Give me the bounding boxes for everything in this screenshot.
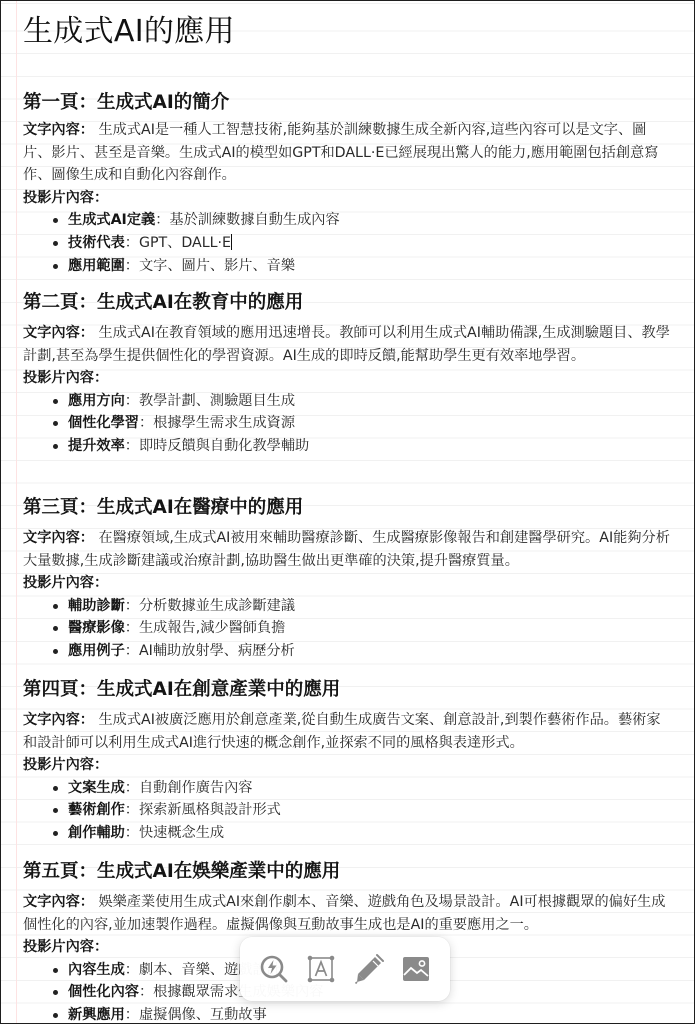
slide-bullet-list: 輔助診斷：分析數據並生成診斷建議 醫療影像：生成報告,減少醫師負擔 應用例子：A…	[23, 595, 670, 663]
bullet-label: 應用方向	[68, 393, 125, 409]
bullet-label: 藝術創作	[68, 802, 125, 818]
bullet-label: 個性化學習	[68, 415, 139, 431]
section-heading: 第三頁：生成式AI在醫療中的應用	[23, 495, 670, 521]
section-heading: 第五頁：生成式AI在娛樂產業中的應用	[23, 859, 670, 885]
list-item: 創作輔助：快速概念生成	[53, 822, 670, 845]
text-content: 文字內容： 生成式AI被廣泛應用於創意產業,從自動生成廣告文案、創意設計,到製作…	[23, 709, 670, 754]
lightning-search-icon	[258, 953, 290, 985]
bullet-label: 個性化內容	[68, 984, 139, 1000]
bullet-label: 應用例子	[68, 643, 125, 659]
bullet-label: 創作輔助	[68, 825, 125, 841]
slide-bullet-list: 生成式AI定義：基於訓練數據自動生成內容 技術代表：GPT、DALL·E 應用範…	[23, 209, 670, 277]
slide-content-label: 投影片內容：	[23, 572, 670, 595]
bullet-value: ：AI輔助放射學、病歷分析	[125, 643, 295, 659]
text-content: 文字內容： 娛樂產業使用生成式AI來創作劇本、音樂、遊戲角色及場景設計。AI可根…	[23, 891, 670, 936]
section-page-2: 第二頁：生成式AI在教育中的應用 文字內容： 生成式AI在教育領域的應用迅速增長…	[23, 290, 670, 458]
slide-bullet-list: 文案生成：自動創作廣告內容 藝術創作：探索新風格與設計形式 創作輔助：快速概念生…	[23, 777, 670, 845]
bullet-value: ：生成報告,減少醫師負擔	[125, 620, 286, 636]
slide-content-label: 投影片內容：	[23, 187, 670, 210]
floating-toolbar	[240, 937, 450, 1001]
pen-icon	[353, 953, 385, 985]
text-content-label: 文字內容：	[23, 530, 94, 546]
bullet-value: ：快速概念生成	[125, 825, 224, 841]
text-content-body: 娛樂產業使用生成式AI來創作劇本、音樂、遊戲角色及場景設計。AI可根據觀眾的偏好…	[23, 894, 665, 933]
bullet-value: ：分析數據並生成診斷建議	[125, 598, 295, 614]
bullet-label: 生成式AI定義	[68, 212, 155, 228]
list-item: 應用方向：教學計劃、測驗題目生成	[53, 390, 670, 413]
slide-bullet-list: 應用方向：教學計劃、測驗題目生成 個性化學習：根據學生需求生成資源 提升效率：即…	[23, 390, 670, 458]
text-cursor	[231, 234, 232, 250]
text-content-body: 生成式AI是一種人工智慧技術,能夠基於訓練數據生成全新內容,這些內容可以是文字、…	[23, 122, 658, 183]
slide-content-label: 投影片內容：	[23, 754, 670, 777]
bullet-label: 應用範圍	[68, 258, 125, 274]
list-item: 個性化學習：根據學生需求生成資源	[53, 412, 670, 435]
bullet-label: 醫療影像	[68, 620, 125, 636]
section-page-3: 第三頁：生成式AI在醫療中的應用 文字內容： 在醫療領域,生成式AI被用來輔助醫…	[23, 495, 670, 663]
list-item: 應用範圍：文字、圖片、影片、音樂	[53, 255, 670, 278]
text-content-body: 在醫療領域,生成式AI被用來輔助醫療診斷、生成醫療影像報告和創建醫學研究。AI能…	[23, 530, 670, 569]
section-heading: 第四頁：生成式AI在創意產業中的應用	[23, 677, 670, 703]
text-content-label: 文字內容：	[23, 122, 94, 138]
bullet-label: 提升效率	[68, 438, 125, 454]
bullet-value: ：虛擬偶像、互動故事	[125, 1007, 267, 1023]
bullet-label: 內容生成	[68, 962, 125, 978]
bullet-label: 文案生成	[68, 780, 125, 796]
list-item: 文案生成：自動創作廣告內容	[53, 777, 670, 800]
list-item: 醫療影像：生成報告,減少醫師負擔	[53, 617, 670, 640]
bullet-value: ：根據學生需求生成資源	[139, 415, 295, 431]
insert-image-button[interactable]	[398, 951, 434, 987]
image-icon	[402, 955, 430, 983]
bullet-label: 技術代表	[68, 235, 125, 251]
list-item: 生成式AI定義：基於訓練數據自動生成內容	[53, 209, 670, 232]
list-item: 提升效率：即時反饋與自動化教學輔助	[53, 435, 670, 458]
notebook-page[interactable]: 生成式AI的應用 第一頁：生成式AI的簡介 文字內容： 生成式AI是一種人工智慧…	[0, 0, 695, 1024]
bullet-value: ：自動創作廣告內容	[125, 780, 253, 796]
text-content-body: 生成式AI被廣泛應用於創意產業,從自動生成廣告文案、創意設計,到製作藝術作品。藝…	[23, 712, 661, 751]
pen-button[interactable]	[351, 951, 387, 987]
bullet-value: ：GPT、DALL·E	[125, 235, 231, 251]
text-box-button[interactable]	[303, 951, 339, 987]
document-title: 生成式AI的應用	[23, 12, 235, 52]
list-item: 輔助診斷：分析數據並生成診斷建議	[53, 595, 670, 618]
margin-line	[16, 1, 17, 1023]
bullet-label: 新興應用	[68, 1007, 125, 1023]
bullet-value: ：教學計劃、測驗題目生成	[125, 393, 295, 409]
bullet-value: ：文字、圖片、影片、音樂	[125, 258, 295, 274]
list-item: 新興應用：虛擬偶像、互動故事	[53, 1004, 670, 1024]
text-content-label: 文字內容：	[23, 894, 94, 910]
text-content: 文字內容： 生成式AI是一種人工智慧技術,能夠基於訓練數據生成全新內容,這些內容…	[23, 119, 670, 187]
text-content-label: 文字內容：	[23, 712, 94, 728]
bullet-value: ：探索新風格與設計形式	[125, 802, 281, 818]
text-content-body: 生成式AI在教育領域的應用迅速增長。教師可以利用生成式AI輔助備課,生成測驗題目…	[23, 325, 670, 364]
text-content-label: 文字內容：	[23, 325, 94, 341]
section-heading: 第一頁：生成式AI的簡介	[23, 90, 670, 116]
section-heading: 第二頁：生成式AI在教育中的應用	[23, 290, 670, 316]
ai-search-button[interactable]	[256, 951, 292, 987]
bullet-label: 輔助診斷	[68, 598, 125, 614]
text-box-icon	[306, 954, 336, 984]
slide-content-label: 投影片內容：	[23, 367, 670, 390]
list-item: 藝術創作：探索新風格與設計形式	[53, 799, 670, 822]
section-page-4: 第四頁：生成式AI在創意產業中的應用 文字內容： 生成式AI被廣泛應用於創意產業…	[23, 677, 670, 845]
text-content: 文字內容： 生成式AI在教育領域的應用迅速增長。教師可以利用生成式AI輔助備課,…	[23, 322, 670, 367]
bullet-value: ：即時反饋與自動化教學輔助	[125, 438, 309, 454]
text-content: 文字內容： 在醫療領域,生成式AI被用來輔助醫療診斷、生成醫療影像報告和創建醫學…	[23, 527, 670, 572]
bullet-value: ：基於訓練數據自動生成內容	[155, 212, 339, 228]
list-item: 應用例子：AI輔助放射學、病歷分析	[53, 640, 670, 663]
list-item: 技術代表：GPT、DALL·E	[53, 232, 670, 255]
section-page-1: 第一頁：生成式AI的簡介 文字內容： 生成式AI是一種人工智慧技術,能夠基於訓練…	[23, 90, 670, 277]
